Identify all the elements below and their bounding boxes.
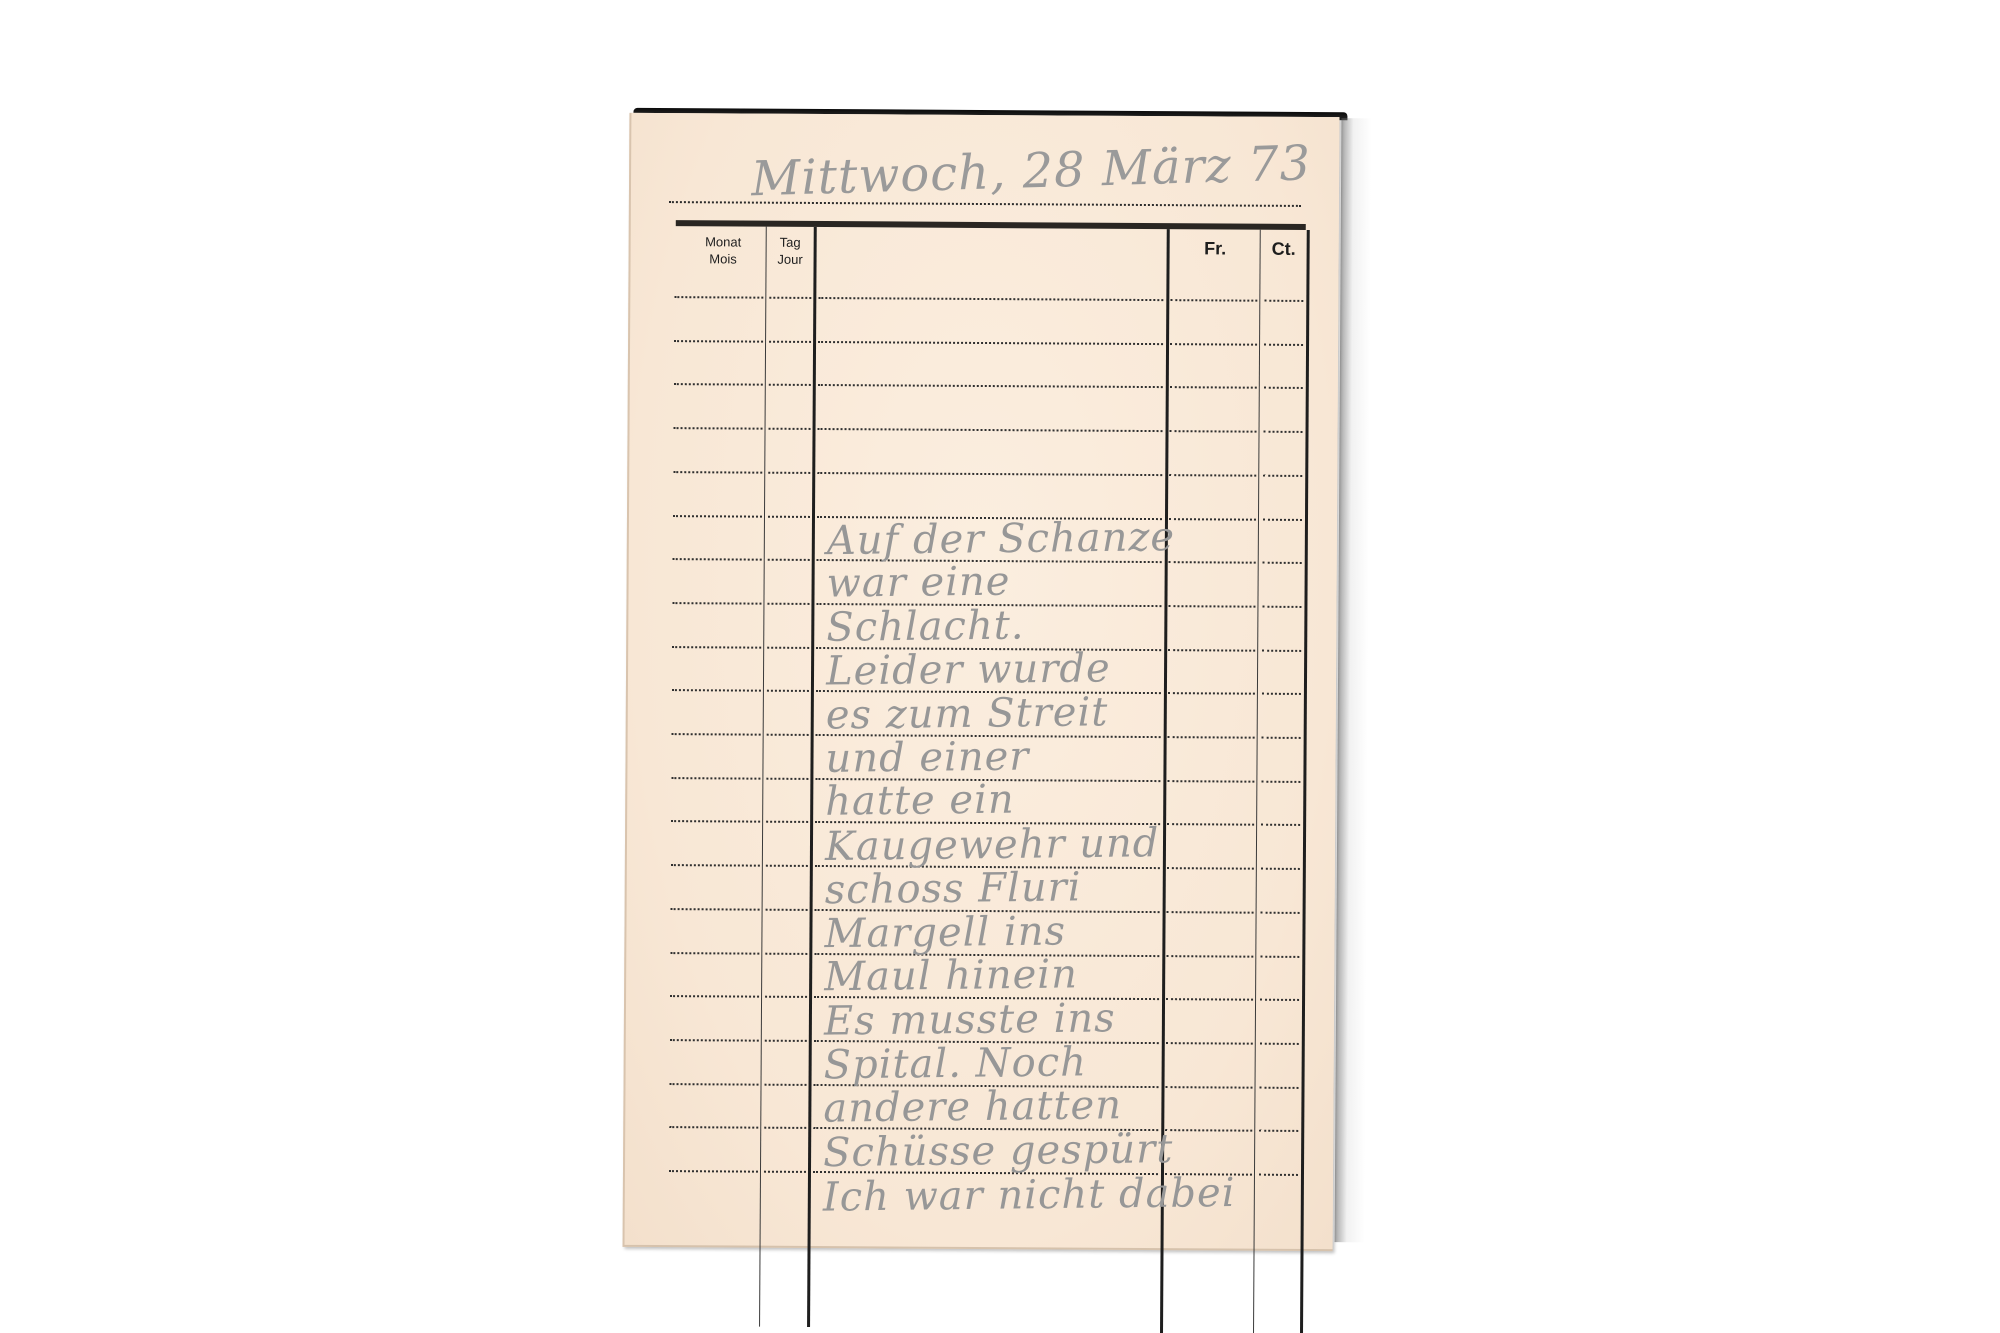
dotted-rule [1261, 868, 1300, 870]
handwritten-line: Margell ins [824, 908, 1066, 957]
dotted-rule [1167, 911, 1254, 914]
dotted-rule [671, 864, 760, 867]
dotted-rule [1168, 692, 1255, 695]
dotted-rule [769, 340, 811, 342]
dotted-rule [769, 428, 811, 430]
handwritten-line: Spital. Noch [823, 1039, 1087, 1088]
dotted-rule [1262, 649, 1301, 651]
handwritten-line: Auf der Schanze [827, 514, 1176, 564]
dotted-rule [1261, 824, 1300, 826]
column-header-centimes: Ct. [1261, 241, 1307, 258]
dotted-rule [768, 559, 810, 561]
dotted-rule [1167, 867, 1254, 870]
dotted-rule [1263, 475, 1302, 477]
dotted-rule [672, 689, 761, 692]
handwritten-line: Schlacht. [826, 602, 1025, 650]
booklet: Mittwoch, 28 März 73 Monat Mois Tag Jour… [623, 108, 1342, 1252]
handwritten-line: Kaugewehr und [825, 820, 1160, 870]
handwritten-line: Schüsse gespürt [823, 1126, 1174, 1176]
ruled-row [630, 340, 1338, 344]
dotted-rule [1169, 474, 1256, 477]
dotted-rule [1168, 736, 1255, 739]
ledger-page: Mittwoch, 28 März 73 Monat Mois Tag Jour… [623, 113, 1340, 1251]
dotted-rule [673, 515, 762, 518]
dotted-rule [818, 341, 1163, 345]
dotted-rule [1263, 518, 1302, 520]
column-header-month: Monat Mois [681, 233, 766, 268]
dotted-rule [1166, 955, 1253, 958]
dotted-rule [1170, 343, 1257, 346]
handwritten-line: Es musste ins [824, 995, 1116, 1044]
dotted-rule [1263, 562, 1302, 564]
dotted-rule [766, 777, 808, 779]
handwritten-line: schoss Fluri [824, 864, 1081, 913]
dotted-rule [1261, 780, 1300, 782]
dotted-rule [671, 820, 760, 823]
dotted-rule [1260, 1043, 1299, 1045]
dotted-rule [817, 472, 1162, 476]
dotted-rule [769, 297, 811, 299]
ruled-row [630, 427, 1338, 431]
header-rule [676, 220, 1306, 230]
dotted-rule [1262, 693, 1301, 695]
dotted-rule [766, 908, 808, 910]
dotted-rule [1260, 999, 1299, 1001]
dotted-rule [764, 1127, 806, 1129]
dotted-rule [670, 1083, 759, 1086]
dotted-rule [1167, 824, 1254, 827]
dotted-rule [671, 908, 760, 911]
date-heading: Mittwoch, 28 März 73 [750, 135, 1311, 207]
dotted-rule [674, 340, 763, 343]
ruled-row [630, 383, 1338, 387]
dotted-rule [1264, 431, 1303, 433]
dotted-rule [672, 733, 761, 736]
dotted-rule [765, 1040, 807, 1042]
divider-right-edge [1300, 230, 1310, 1333]
dotted-rule [1166, 998, 1253, 1001]
handwritten-line: war eine [826, 558, 1010, 606]
dotted-rule [768, 471, 810, 473]
dotted-rule [674, 296, 763, 299]
dotted-rule [670, 1039, 759, 1042]
dotted-rule [765, 1083, 807, 1085]
dotted-rule [673, 471, 762, 474]
dotted-rule [1167, 780, 1254, 783]
dotted-rule [1260, 955, 1299, 957]
dotted-rule [765, 952, 807, 954]
dotted-rule [669, 1170, 758, 1173]
dotted-rule [1264, 343, 1303, 345]
dotted-rule [1259, 1130, 1298, 1132]
dotted-rule [1260, 1086, 1299, 1088]
dotted-rule [768, 515, 810, 517]
dotted-rule [767, 603, 809, 605]
dotted-rule [1169, 518, 1256, 521]
header-day-de: Tag [767, 234, 814, 251]
dotted-rule [818, 297, 1163, 301]
dotted-rule [1170, 387, 1257, 390]
handwritten-line: hatte ein [825, 777, 1015, 825]
dotted-rule [818, 384, 1163, 388]
dotted-rule [1169, 561, 1256, 564]
dotted-rule [767, 646, 809, 648]
dotted-rule [1264, 387, 1303, 389]
dotted-rule [1259, 1174, 1298, 1176]
dotted-rule [1170, 299, 1257, 302]
handwritten-line: es zum Streit [826, 689, 1109, 738]
dotted-rule [769, 384, 811, 386]
handwritten-line: und einer [825, 733, 1029, 781]
dotted-rule [1264, 300, 1303, 302]
dotted-rule [1261, 912, 1300, 914]
dotted-rule [1168, 649, 1255, 652]
dotted-rule [673, 558, 762, 561]
dotted-rule [1262, 737, 1301, 739]
dotted-rule [1168, 605, 1255, 608]
dotted-rule [670, 995, 759, 998]
dotted-rule [818, 428, 1163, 432]
dotted-rule [766, 821, 808, 823]
dotted-rule [672, 646, 761, 649]
ruled-row [629, 471, 1337, 475]
dotted-rule [674, 384, 763, 387]
dotted-rule [1262, 606, 1301, 608]
dotted-rule [670, 952, 759, 955]
handwritten-line: Maul hinein [824, 952, 1078, 1001]
handwritten-line: Ich war nicht dabei [823, 1170, 1236, 1221]
ruled-row [630, 296, 1338, 300]
dotted-rule [669, 1126, 758, 1129]
header-month-fr: Mois [681, 250, 766, 268]
header-month-de: Monat [681, 233, 766, 251]
dotted-rule [1170, 430, 1257, 433]
dotted-rule [767, 690, 809, 692]
column-header-day: Tag Jour [767, 234, 814, 268]
header-day-fr: Jour [767, 251, 814, 268]
column-header-francs: Fr. [1171, 240, 1260, 258]
spine-shadow [1335, 118, 1372, 1242]
dotted-rule [767, 734, 809, 736]
dotted-rule [1166, 1086, 1253, 1089]
dotted-rule [674, 427, 763, 430]
dotted-rule [764, 1171, 806, 1173]
handwritten-line: andere hatten [823, 1083, 1122, 1132]
dotted-rule [1166, 1042, 1253, 1045]
dotted-rule [765, 996, 807, 998]
dotted-rule [672, 602, 761, 605]
dotted-rule [671, 777, 760, 780]
dotted-rule [766, 865, 808, 867]
dotted-rule [1165, 1129, 1252, 1132]
handwritten-line: Leider wurde [826, 646, 1111, 695]
